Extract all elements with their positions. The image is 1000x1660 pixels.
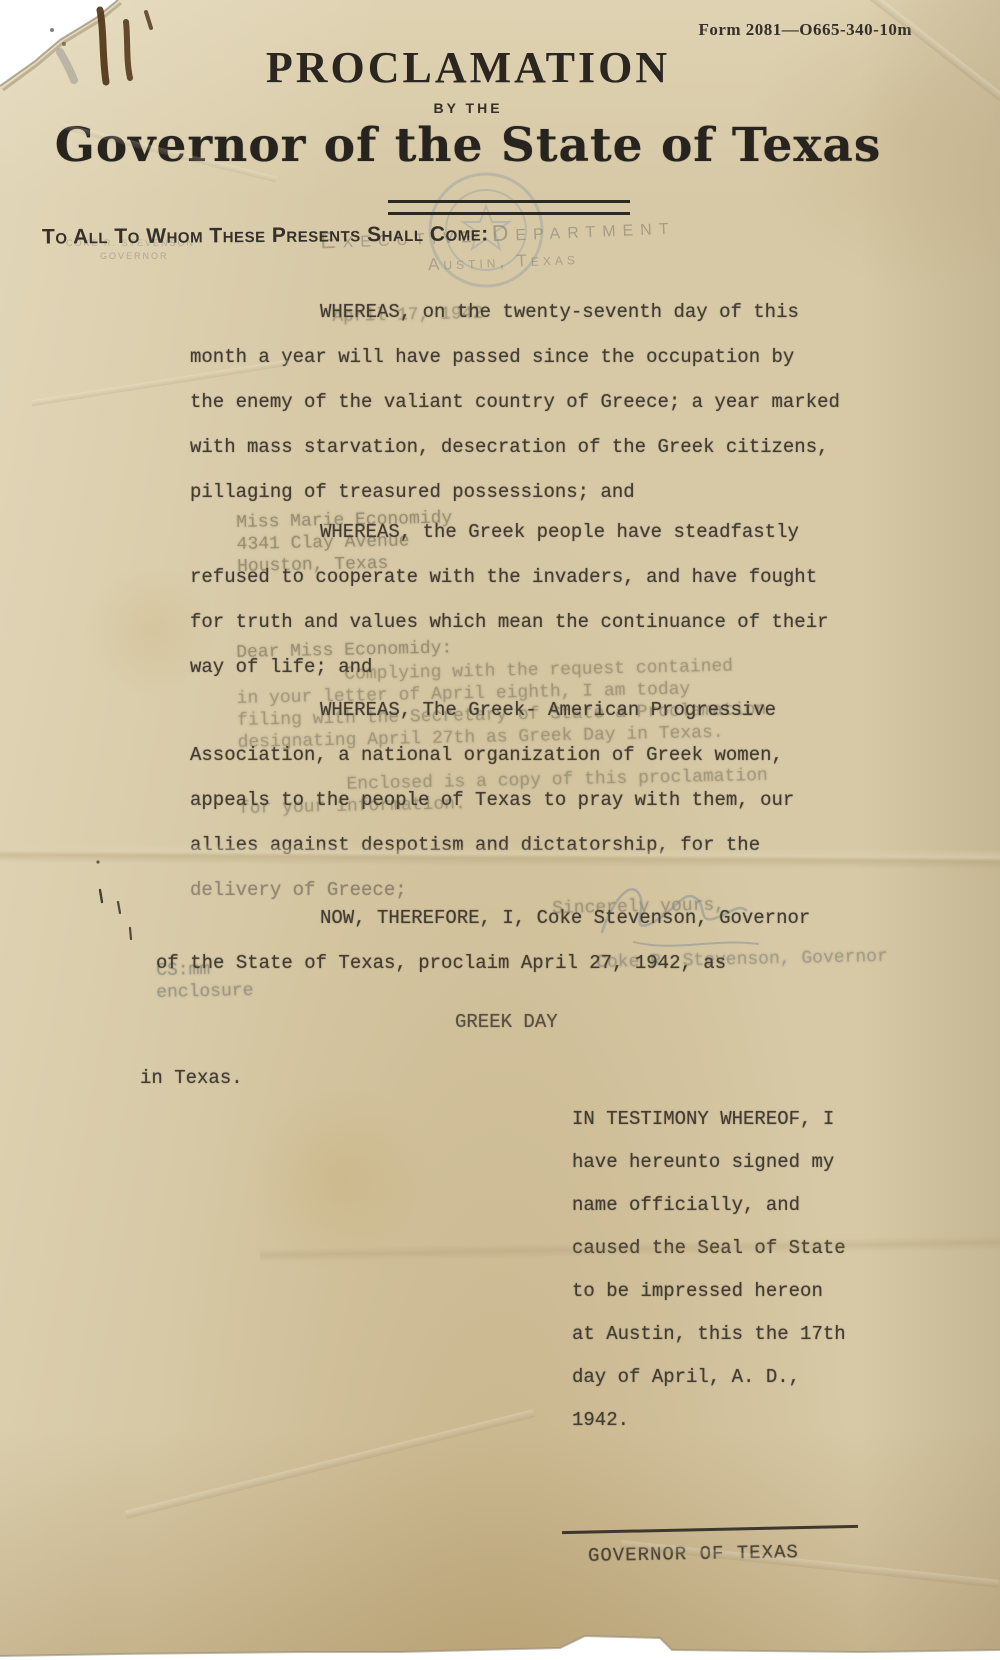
proclamation-document: COKE R. STEVENSON GOVERNOR Executive Dep… xyxy=(0,0,1000,1660)
testimony-block: IN TESTIMONY WHEREOF, I have hereunto si… xyxy=(572,1098,902,1442)
paragraph-now-therefore: NOW, THEREFORE, I, Coke Stevenson, Gover… xyxy=(156,896,876,986)
ghost-letterhead-location: Austin, Texas xyxy=(428,249,580,275)
ghost-letterhead-governor-title: GOVERNOR xyxy=(100,251,169,261)
crease-bottom-left xyxy=(125,1409,534,1518)
form-number: Form 2081—O665-340-10m xyxy=(698,20,912,40)
bottom-tear-edge xyxy=(0,1620,1000,1660)
doc-title: PROCLAMATION xyxy=(0,42,936,93)
paragraph-whereas-1: WHEREAS, on the twenty-seventh day of th… xyxy=(190,290,890,515)
paragraph-whereas-2: WHEREAS, the Greek people have steadfast… xyxy=(190,510,890,690)
doc-subtitle: BY THE xyxy=(0,100,936,116)
proclaimed-day-name: GREEK DAY xyxy=(455,1000,558,1045)
title-rule xyxy=(388,200,630,215)
governor-of-texas-line: GOVERNOR OF TEXAS xyxy=(588,1530,800,1579)
in-texas-line: in Texas. xyxy=(140,1056,243,1101)
paragraph-whereas-3: WHEREAS, The Greek- American Progressive… xyxy=(190,688,890,868)
salutation-line: To All To Whom These Presents Shall Come… xyxy=(42,222,489,249)
ink-marks xyxy=(90,852,150,952)
governor-title: Governor of the State of Texas xyxy=(0,118,936,173)
